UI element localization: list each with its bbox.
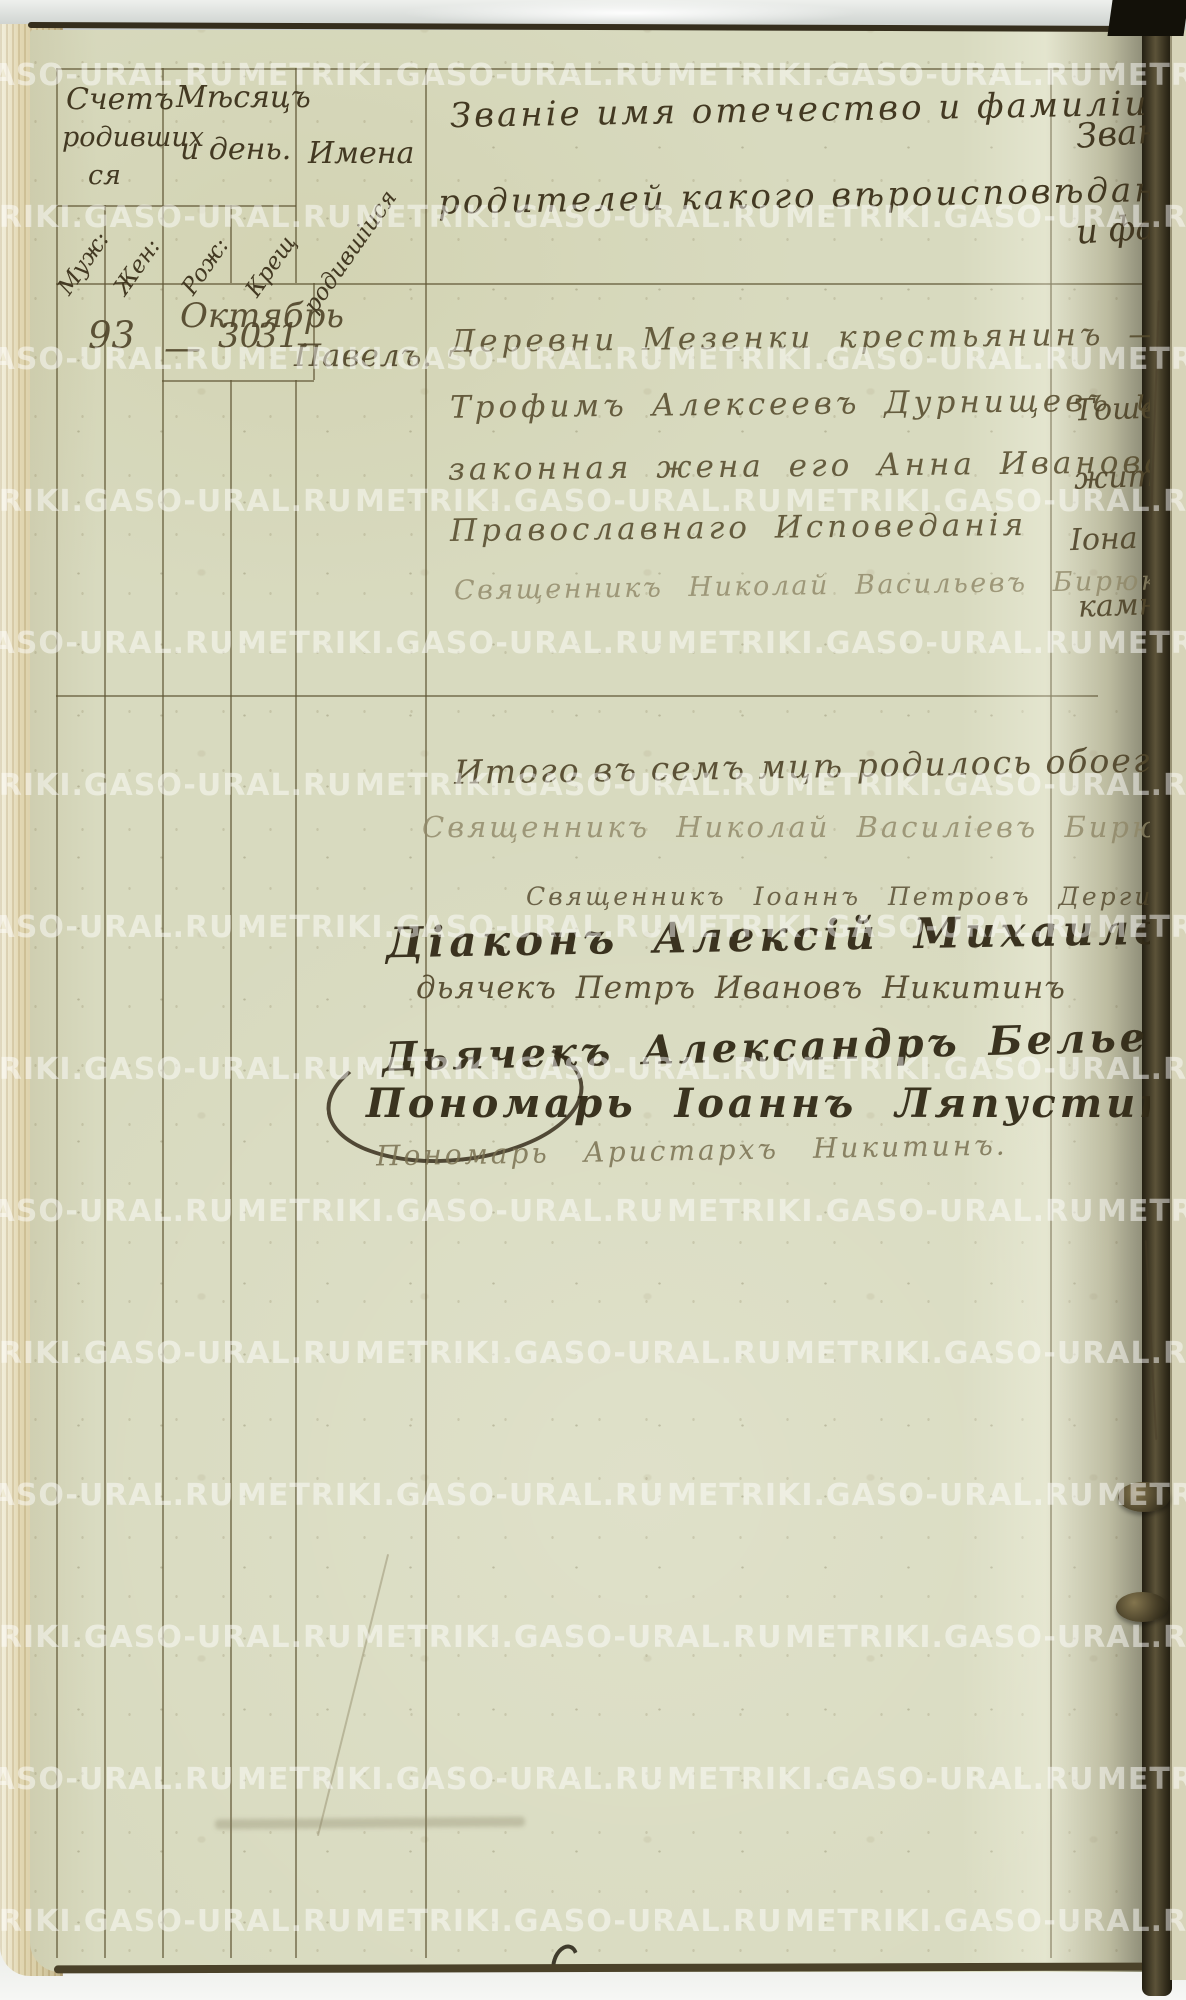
archival-scan-photo: Счетъ родивших ся Мѣсяцъ и день. Муж: Же… xyxy=(0,0,1186,2000)
col-header-month-2: и день. xyxy=(180,132,291,167)
binding-knot xyxy=(1118,1482,1170,1512)
binding-clamp xyxy=(1107,0,1186,36)
col-header-godparents-2: и фа xyxy=(1075,207,1150,252)
table-border-top xyxy=(56,68,1116,70)
signature-sexton: дьячекъ Петръ Ивановъ Никитинъ xyxy=(416,970,1066,1006)
col-header-names: Имена xyxy=(308,136,414,171)
table-line-record-bottom xyxy=(56,695,1098,697)
table-line-born-baptized xyxy=(230,380,232,1958)
record-number-female: — xyxy=(164,326,201,369)
record-parents-line: Православнаго Исповеданія xyxy=(450,507,1028,549)
signature-ponomar: Пономарь Іоаннъ Ляпустинъ xyxy=(366,1080,1150,1127)
table-line-male-female xyxy=(104,205,106,1958)
record-godparents-fragment: жить xyxy=(1073,458,1150,496)
record-godparents-fragment: камне xyxy=(1077,586,1150,624)
signature-priest-pencil: Священникъ Николай Василіевъ Бирюко xyxy=(422,810,1150,844)
col-header-count: Счетъ xyxy=(66,82,174,117)
col-header-godparents: Зван xyxy=(1075,111,1150,157)
binding-knot xyxy=(1116,1592,1168,1622)
record-born-day: 30 xyxy=(218,316,261,356)
table-line-born-baptized-top xyxy=(230,205,232,283)
month-box-bottom xyxy=(162,380,314,382)
col-header-count-3: ся xyxy=(88,160,121,191)
col-header-month: Мѣсяцъ xyxy=(176,80,311,115)
table-line-header-sub xyxy=(56,205,296,207)
paper-edge-glare xyxy=(400,0,860,26)
record-godparents-fragment: Іона xyxy=(1069,521,1138,558)
next-page-edge xyxy=(1170,30,1186,1980)
record-number-male: 93 xyxy=(88,314,135,357)
record-godparents-fragment: Тоше xyxy=(1073,391,1150,429)
register-page: Счетъ родивших ся Мѣсяцъ и день. Муж: Же… xyxy=(30,30,1150,1972)
table-border-left xyxy=(56,68,58,1958)
table-line-month-names xyxy=(295,380,297,1958)
record-parents-line: законная жена его Анна Иванова xyxy=(448,444,1150,488)
record-parents-line: Деревни Мезенки крестьянинъ — xyxy=(450,316,1150,359)
record-parents-line: Трофимъ Алексеевъ Дурнищевъ и xyxy=(450,382,1150,425)
record-child-name: Павелъ. xyxy=(294,338,433,374)
